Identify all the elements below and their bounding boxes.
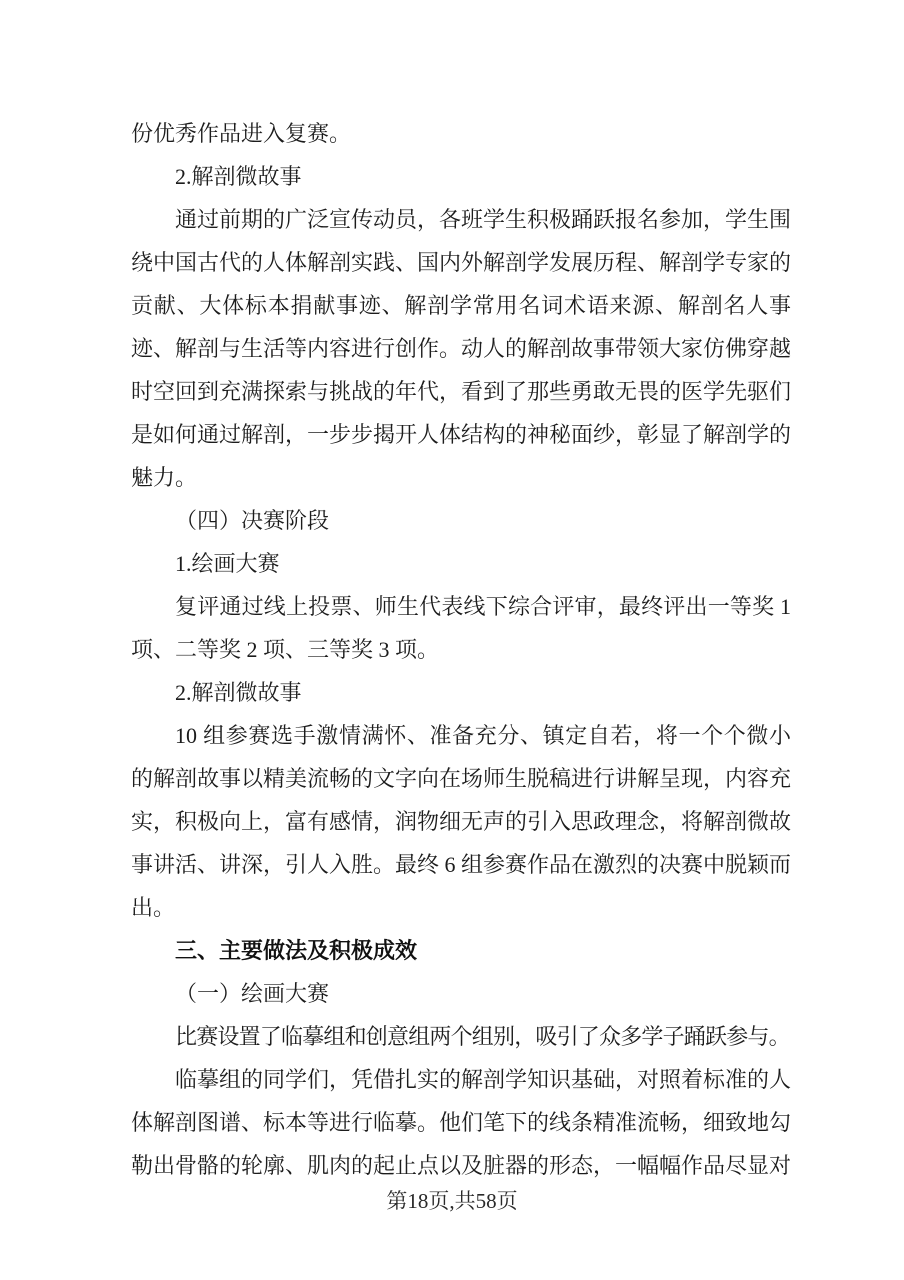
list-item-heading: 1.绘画大赛 (131, 542, 791, 585)
body-paragraph: 10 组参赛选手激情满怀、准备充分、镇定自若，将一个个微小的解剖故事以精美流畅的… (131, 714, 791, 929)
page-number: 第18页,共58页 (386, 1189, 517, 1213)
sub-section-heading: （一）绘画大赛 (131, 972, 791, 1015)
document-page: 份优秀作品进入复赛。 2.解剖微故事 通过前期的广泛宣传动员，各班学生积极踊跃报… (0, 0, 904, 1280)
list-item-heading: 2.解剖微故事 (131, 155, 791, 198)
page-footer: 第18页,共58页 (0, 1186, 904, 1216)
sub-section-heading: （四）决赛阶段 (131, 499, 791, 542)
list-item-heading: 2.解剖微故事 (131, 671, 791, 714)
body-paragraph: 复评通过线上投票、师生代表线下综合评审，最终评出一等奖 1 项、二等奖 2 项、… (131, 585, 791, 671)
body-paragraph: 份优秀作品进入复赛。 (131, 112, 791, 155)
document-body: 份优秀作品进入复赛。 2.解剖微故事 通过前期的广泛宣传动员，各班学生积极踊跃报… (131, 112, 791, 1187)
section-heading: 三、主要做法及积极成效 (131, 929, 791, 972)
body-paragraph: 临摹组的同学们，凭借扎实的解剖学知识基础，对照着标准的人体解剖图谱、标本等进行临… (131, 1058, 791, 1187)
body-paragraph: 通过前期的广泛宣传动员，各班学生积极踊跃报名参加，学生围绕中国古代的人体解剖实践… (131, 198, 791, 499)
body-paragraph: 比赛设置了临摹组和创意组两个组别，吸引了众多学子踊跃参与。 (131, 1015, 791, 1058)
